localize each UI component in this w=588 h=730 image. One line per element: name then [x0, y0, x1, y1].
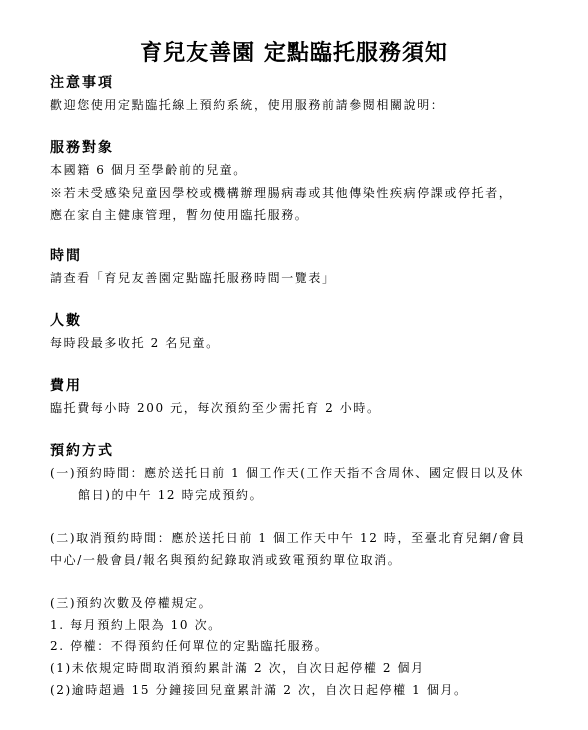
target-text-3: 應在家自主健康管理，暫勿使用臨托服務。 — [50, 206, 308, 223]
booking-line-3: (二)取消預約時間：應於送托日前 1 個工作天中午 12 時，至臺北育兒網/會員 — [50, 529, 526, 546]
booking-line-6: 1. 每月預約上限為 10 次。 — [50, 616, 222, 633]
booking-line-5: (三)預約次數及停權規定。 — [50, 594, 212, 611]
booking-line-9: (2)逾時超過 15 分鐘接回兒童累計滿 2 次，自次日起停權 1 個月。 — [50, 681, 468, 698]
heading-time: 時間 — [50, 245, 82, 265]
target-text-1: 本國籍 6 個月至學齡前的兒童。 — [50, 161, 247, 178]
booking-line-2: 館日)的中午 12 時完成預約。 — [78, 486, 263, 503]
heading-booking: 預約方式 — [50, 440, 114, 460]
heading-notice: 注意事項 — [50, 72, 114, 92]
booking-line-7: 2. 停權：不得預約任何單位的定點臨托服務。 — [50, 637, 328, 654]
booking-line-4: 中心/一般會員/報名與預約紀錄取消或致電預約單位取消。 — [50, 551, 401, 568]
heading-capacity: 人數 — [50, 310, 82, 330]
time-text: 請查看「育兒友善園定點臨托服務時間一覽表」 — [50, 269, 336, 286]
target-text-2: ※若未受感染兒童因學校或機構辦理腸病毒或其他傳染性疾病停課或停托者， — [50, 184, 512, 201]
page-title: 育兒友善園 定點臨托服務須知 — [0, 36, 588, 67]
fee-text: 臨托費每小時 200 元，每次預約至少需托育 2 小時。 — [50, 399, 381, 416]
booking-line-8: (1)未依規定時間取消預約累計滿 2 次，自次日起停權 2 個月 — [50, 659, 425, 676]
booking-line-1: (一)預約時間：應於送托日前 1 個工作天(工作天指不含周休、國定假日以及休 — [50, 464, 524, 481]
notice-text: 歡迎您使用定點臨托線上預約系統，使用服務前請參閱相關說明： — [50, 96, 444, 113]
heading-target: 服務對象 — [50, 137, 114, 157]
heading-fee: 費用 — [50, 375, 82, 395]
capacity-text: 每時段最多收托 2 名兒童。 — [50, 334, 220, 351]
